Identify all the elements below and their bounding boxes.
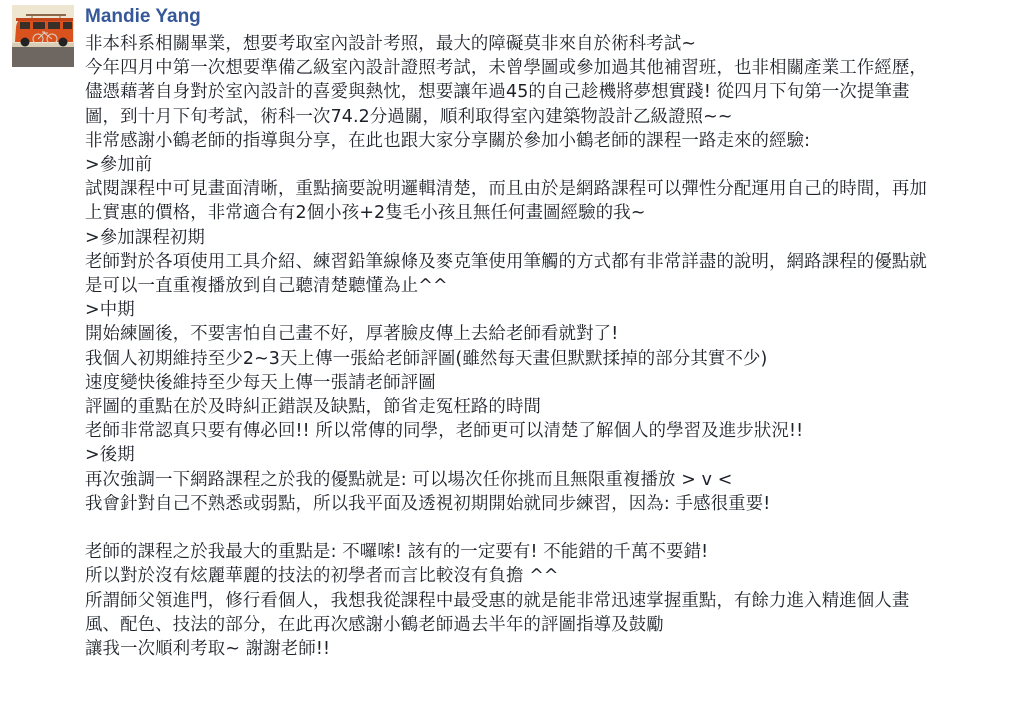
author-name-link[interactable]: Mandie Yang [85,4,201,30]
post-line: 儘憑藉著自身對於室內設計的喜愛與熱忱，想要讓年過45的自己趁機將夢想實踐! 從四… [85,80,1016,104]
post-line: 非本科系相關畢業，想要考取室內設計考照，最大的障礙莫非來自於術科考試~ [85,32,1016,56]
post-line: 開始練圖後，不要害怕自己畫不好，厚著臉皮傳上去給老師看就對了! [85,322,1016,346]
post-line: 非常感謝小鶴老師的指導與分享，在此也跟大家分享關於參加小鶴老師的課程一路走來的經… [85,129,1016,153]
post-line: 所謂師父領進門，修行看個人，我想我從課程中最受惠的就是能非常迅速掌握重點，有餘力… [85,589,1016,613]
blank-line [85,516,1016,540]
avatar-photo-icon [12,5,74,67]
post: Mandie Yang 非本科系相關畢業，想要考取室內設計考照，最大的障礙莫非來… [85,4,1016,661]
section-heading-early: >參加課程初期 [85,226,1016,250]
post-line: 今年四月中第一次想要準備乙級室內設計證照考試，未曾學圖或參加過其他補習班，也非相… [85,56,1016,80]
post-line: 風、配色、技法的部分，在此再次感謝小鶴老師過去半年的評圖指導及鼓勵 [85,613,1016,637]
section-heading-late: >後期 [85,443,1016,467]
post-line: 我會針對自己不熟悉或弱點，所以我平面及透視初期開始就同步練習，因為: 手感很重要… [85,492,1016,516]
post-line: 老師非常認真只要有傳必回!! 所以常傳的同學，老師更可以清楚了解個人的學習及進步… [85,419,1016,443]
post-line: 上實惠的價格，非常適合有2個小孩+2隻毛小孩且無任何畫圖經驗的我~ [85,201,1016,225]
post-line: 圖，到十月下旬考試，術科一次74.2分過關，順利取得室內建築物設計乙級證照~~ [85,105,1016,129]
section-heading-before: >參加前 [85,153,1016,177]
post-line: 再次強調一下網路課程之於我的優點就是: 可以場次任你挑而且無限重複播放 > v … [85,468,1016,492]
post-line: 老師的課程之於我最大的重點是: 不囉嗦! 該有的一定要有! 不能錯的千萬不要錯! [85,540,1016,564]
avatar[interactable] [12,5,74,67]
post-line: 是可以一直重複播放到自己聽清楚聽懂為止^^ [85,274,1016,298]
post-line: 試閱課程中可見畫面清晰，重點摘要說明邏輯清楚，而且由於是網路課程可以彈性分配運用… [85,177,1016,201]
post-line: 老師對於各項使用工具介紹、練習鉛筆線條及麥克筆使用筆觸的方式都有非常詳盡的說明，… [85,250,1016,274]
post-line: 所以對於沒有炫麗華麗的技法的初學者而言比較沒有負擔 ^^ [85,564,1016,588]
section-heading-middle: >中期 [85,298,1016,322]
post-line: 我個人初期維持至少2~3天上傳一張給老師評圖(雖然每天畫但默默揉掉的部分其實不少… [85,347,1016,371]
post-line: 評圖的重點在於及時糾正錯誤及缺點，節省走冤枉路的時間 [85,395,1016,419]
post-line: 讓我一次順利考取~ 謝謝老師!! [85,637,1016,661]
post-body: 非本科系相關畢業，想要考取室內設計考照，最大的障礙莫非來自於術科考試~ 今年四月… [85,32,1016,661]
post-line: 速度變快後維持至少每天上傳一張請老師評圖 [85,371,1016,395]
